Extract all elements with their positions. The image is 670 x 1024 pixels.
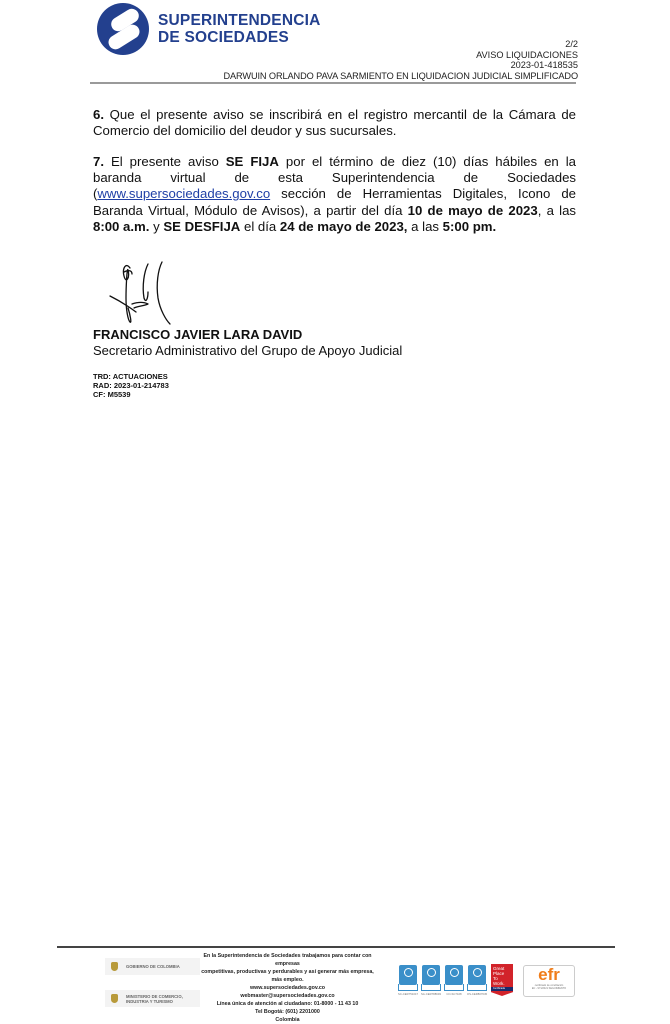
icontec-icon	[399, 965, 417, 985]
icontec-cert-1: SC-CER751047	[398, 965, 418, 996]
document-references: TRD: ACTUACIONES RAD: 2023-01-214783 CF:…	[93, 372, 169, 399]
colombia-coat-of-arms-icon	[111, 994, 118, 1003]
handwritten-signature	[108, 258, 188, 326]
doc-number: 2023-01-418535	[223, 60, 578, 71]
icontec-icon	[468, 965, 486, 985]
trd-ref: TRD: ACTUACIONES	[93, 372, 169, 381]
great-place-to-work-badge: Great Place To Work. Certificada	[491, 964, 513, 996]
page-indicator: 2/2	[223, 39, 578, 50]
cf-ref: CF: M5539	[93, 390, 169, 399]
rad-ref: RAD: 2023-01-214783	[93, 381, 169, 390]
supersociedades-link[interactable]: www.supersociedades.gov.co	[97, 186, 270, 201]
doc-type: AVISO LIQUIDACIONES	[223, 50, 578, 61]
icontec-cert-4: OS-CER807645	[467, 965, 487, 996]
header-divider	[90, 82, 576, 84]
icontec-icon	[422, 965, 440, 985]
icontec-icon	[445, 965, 463, 985]
footer-website[interactable]: www.supersociedades.gov.co	[200, 984, 375, 992]
paragraph-7: 7. El presente aviso SE FIJA por el térm…	[93, 154, 576, 235]
efr-logo: efr	[524, 966, 574, 984]
icontec-cert-2: SA-CER788693	[421, 965, 441, 996]
gobierno-colombia-badge: GOBIERNO DE COLOMBIA	[105, 958, 200, 975]
footer-contact-info: En la Superintendencia de Sociedades tra…	[200, 952, 375, 1024]
paragraph-6: 6. Que el presente aviso se inscribirá e…	[93, 107, 576, 139]
signer-name: FRANCISCO JAVIER LARA DAVID	[93, 327, 302, 342]
colombia-coat-of-arms-icon	[111, 962, 118, 971]
supersociedades-emblem-icon	[97, 3, 149, 55]
certifications: SC-CER751047 SA-CER788693 CO-SC7108 OS-C…	[398, 965, 575, 997]
mincomercio-badge: MINISTERIO DE COMERCIO, INDUSTRIA Y TURI…	[105, 990, 200, 1007]
footer-divider	[57, 946, 615, 948]
efr-badge: efr certificado de conciliación EC - 971…	[523, 965, 575, 997]
icontec-cert-3: CO-SC7108	[444, 965, 464, 996]
document-header-info: 2/2 AVISO LIQUIDACIONES 2023-01-418535 D…	[223, 39, 578, 81]
footer-email[interactable]: webmaster@supersociedades.gov.co	[200, 992, 375, 1000]
doc-subject: DARWUIN ORLANDO PAVA SARMIENTO EN LIQUID…	[223, 71, 578, 82]
signer-title: Secretario Administrativo del Grupo de A…	[93, 343, 402, 358]
